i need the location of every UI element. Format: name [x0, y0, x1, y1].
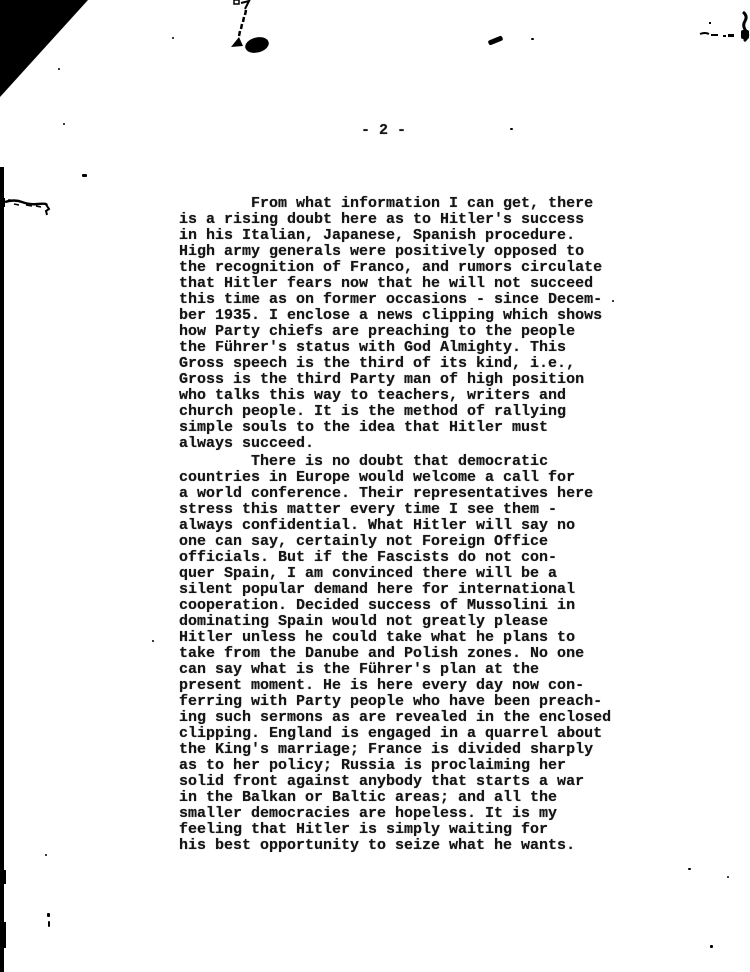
scan-speck: [47, 913, 50, 917]
scan-left-edge-strip: [0, 167, 4, 972]
scan-speck: [688, 868, 691, 870]
scan-speck: [63, 123, 65, 125]
ink-smudge-icon: [0, 195, 54, 219]
scan-speck: [531, 38, 534, 40]
scan-speck: [727, 876, 729, 878]
scan-speck: [58, 68, 60, 70]
letter-paragraph-2: There is no doubt that democratic countr…: [179, 454, 629, 854]
scan-edge-blotch: [0, 922, 6, 948]
scan-speck: [152, 640, 154, 642]
corner-pen-scratch-icon: [697, 8, 750, 44]
scanned-letter-page: - 2 - From what information I can get, t…: [0, 0, 750, 972]
pen-mark-icon: [228, 0, 272, 58]
scan-speck: [172, 37, 174, 39]
scan-speck: [710, 945, 713, 948]
scan-speck: [82, 174, 87, 177]
scan-edge-blotch: [0, 870, 6, 884]
page-number: - 2 -: [361, 123, 406, 139]
slash-mark-icon: [488, 35, 504, 45]
scan-corner-shadow: [0, 0, 88, 97]
scan-speck: [510, 128, 513, 130]
scan-speck: [48, 921, 50, 927]
scan-speck: [612, 300, 614, 302]
letter-paragraph-1: From what information I can get, there i…: [179, 196, 629, 452]
scan-speck: [45, 854, 47, 856]
